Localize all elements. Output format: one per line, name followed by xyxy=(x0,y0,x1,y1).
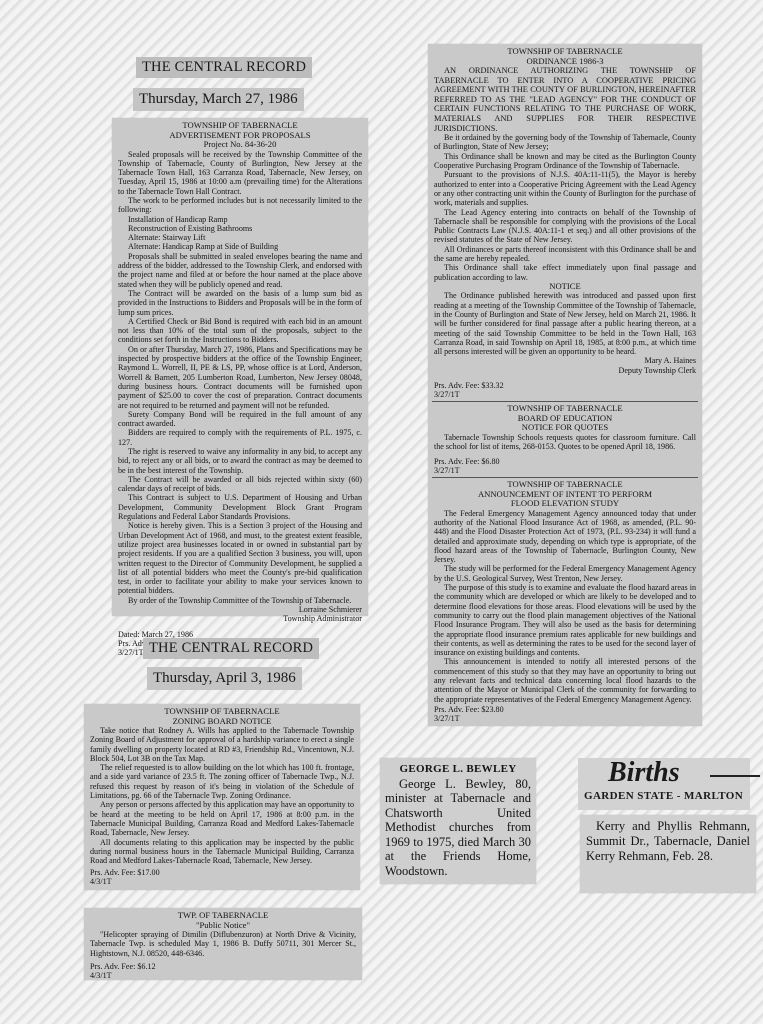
divider xyxy=(432,401,698,402)
signature-name: Mary A. Haines xyxy=(434,356,696,365)
ordinance-paragraph: This Ordinance shall take effect immedia… xyxy=(434,263,696,282)
ordinance-paragraph: This Ordinance shall be known and may be… xyxy=(434,152,696,171)
spraying-heading-2: "Public Notice" xyxy=(90,921,356,931)
proposals-paragraph: On or after Thursday, March 27, 1986, Pl… xyxy=(118,345,362,410)
signature-title: Township Administrator xyxy=(118,614,362,623)
flood-paragraph: The study will be performed for the Fede… xyxy=(434,564,696,583)
ordinance-paragraph: All Ordinances or parts thereof inconsis… xyxy=(434,245,696,264)
births-text: Kerry and Phyllis Rehmann, Summit Dr., T… xyxy=(586,819,750,864)
fee-line: Prs. Adv. Fee: $6.80 xyxy=(434,457,696,466)
quotes-heading-3: NOTICE FOR QUOTES xyxy=(434,423,696,433)
births-announcement-clipping: Kerry and Phyllis Rehmann, Summit Dr., T… xyxy=(580,815,756,893)
newspaper-masthead-march: THE CENTRAL RECORD xyxy=(136,57,312,78)
proposals-paragraph: Notice is hereby given. This is a Sectio… xyxy=(118,521,362,595)
zoning-paragraph: Any person or persons affected by this a… xyxy=(90,800,354,837)
proposals-paragraph: The Contract will be awarded on the basi… xyxy=(118,289,362,317)
ordinance-paragraph: Pursuant to the provisions of N.J.S. 40A… xyxy=(434,170,696,207)
births-header-clipping: Births GARDEN STATE - MARLTON xyxy=(578,758,750,810)
proposals-paragraph: The right is reserved to waive any infor… xyxy=(118,447,362,475)
notice-meta: Prs. Adv. Fee: $6.80 3/27/1T xyxy=(434,457,696,475)
proposals-heading-3: Project No. 84-36-20 xyxy=(118,140,362,150)
flood-heading-3: FLOOD ELEVATION STUDY xyxy=(434,499,696,509)
spraying-notice-clipping: TWP. OF TABERNACLE "Public Notice" "Heli… xyxy=(84,908,362,980)
proposals-paragraph: A Certified Check or Bid Bond is require… xyxy=(118,317,362,345)
zoning-notice-clipping: TOWNSHIP OF TABERNACLE ZONING BOARD NOTI… xyxy=(84,704,360,890)
proposals-paragraph: The work to be performed includes but is… xyxy=(118,196,362,215)
ordinance-paragraph: The Lead Agency entering into contracts … xyxy=(434,208,696,245)
notice-meta: Prs. Adv. Fee: $33.32 3/27/1T xyxy=(434,381,696,399)
flood-paragraph: This announcement is intended to notify … xyxy=(434,657,696,703)
births-title-rule xyxy=(710,775,760,777)
work-item: Installation of Handicap Ramp xyxy=(118,215,362,224)
notice-meta: Prs. Adv. Fee: $6.12 4/3/1T xyxy=(90,962,356,980)
zoning-heading-2: ZONING BOARD NOTICE xyxy=(90,717,354,727)
flood-paragraph: The purpose of this study is to examine … xyxy=(434,583,696,657)
fee-line: Prs. Adv. Fee: $33.32 xyxy=(434,381,696,390)
run-code: 3/27/1T xyxy=(434,714,696,723)
proposals-paragraph: The Contract will be awarded or all bids… xyxy=(118,475,362,494)
right-column-clipping: TOWNSHIP OF TABERNACLE ORDINANCE 1986-3 … xyxy=(428,44,702,726)
run-code: 4/3/1T xyxy=(90,971,356,980)
work-item: Alternate: Handicap Ramp at Side of Buil… xyxy=(118,242,362,251)
zoning-paragraph: All documents relating to this applicati… xyxy=(90,838,354,866)
newspaper-masthead-april: THE CENTRAL RECORD xyxy=(143,638,319,659)
work-item: Alternate: Stairway Lift xyxy=(118,233,362,242)
ordinance-heading-2: ORDINANCE 1986-3 xyxy=(434,57,696,67)
proposals-paragraph: By order of the Township Committee of th… xyxy=(118,596,362,605)
ordinance-notice-text: The Ordinance published herewith was int… xyxy=(434,291,696,356)
proposals-paragraph: Surety Company Bond will be required in … xyxy=(118,410,362,429)
proposals-paragraph: This Contract is subject to U.S. Departm… xyxy=(118,493,362,521)
quotes-text: Tabernacle Township Schools requests quo… xyxy=(434,433,696,452)
notice-meta: Prs. Adv. Fee: $17.00 4/3/1T xyxy=(90,868,354,886)
work-items-list: Installation of Handicap Ramp Reconstruc… xyxy=(118,215,362,252)
obituary-clipping: GEORGE L. BEWLEY George L. Bewley, 80, m… xyxy=(380,758,536,884)
zoning-paragraph: The relief requested is to allow buildin… xyxy=(90,763,354,800)
fee-line: Prs. Adv. Fee: $17.00 xyxy=(90,868,354,877)
ordinance-notice-heading: NOTICE xyxy=(434,282,696,292)
births-subheading: GARDEN STATE - MARLTON xyxy=(578,788,750,806)
proposals-paragraph: Sealed proposals will be received by the… xyxy=(118,150,362,196)
obituary-heading: GEORGE L. BEWLEY xyxy=(385,762,531,777)
spraying-text: "Helicopter spraying of Dimilin (Diflube… xyxy=(90,930,356,958)
work-item: Reconstruction of Existing Bathrooms xyxy=(118,224,362,233)
fee-line: Prs. Adv. Fee: $23.80 xyxy=(434,705,696,714)
zoning-paragraph: Take notice that Rodney A. Wills has app… xyxy=(90,726,354,763)
divider xyxy=(432,477,698,478)
births-title: Births xyxy=(578,758,750,788)
fee-line: Prs. Adv. Fee: $6.12 xyxy=(90,962,356,971)
proposals-paragraph: Proposals shall be submitted in sealed e… xyxy=(118,252,362,289)
flood-paragraph: The Federal Emergency Management Agency … xyxy=(434,509,696,565)
run-code: 4/3/1T xyxy=(90,877,354,886)
notice-meta: Prs. Adv. Fee: $23.80 3/27/1T xyxy=(434,705,696,723)
issue-date-april: Thursday, April 3, 1986 xyxy=(147,667,302,690)
run-code: 3/27/1T xyxy=(434,466,696,475)
signature-name: Lorraine Schmierer xyxy=(118,605,362,614)
proposals-paragraph: Bidders are required to comply with the … xyxy=(118,428,362,447)
run-code: 3/27/1T xyxy=(434,390,696,399)
issue-date-march: Thursday, March 27, 1986 xyxy=(133,88,304,111)
ordinance-title: AN ORDINANCE AUTHORIZING THE TOWNSHIP OF… xyxy=(434,66,696,133)
obituary-text: George L. Bewley, 80, minister at Tabern… xyxy=(385,777,531,879)
ordinance-paragraph: Be it ordained by the governing body of … xyxy=(434,133,696,152)
signature-title: Deputy Township Clerk xyxy=(434,366,696,375)
proposals-notice-clipping: TOWNSHIP OF TABERNACLE ADVERTISEMENT FOR… xyxy=(112,118,368,616)
